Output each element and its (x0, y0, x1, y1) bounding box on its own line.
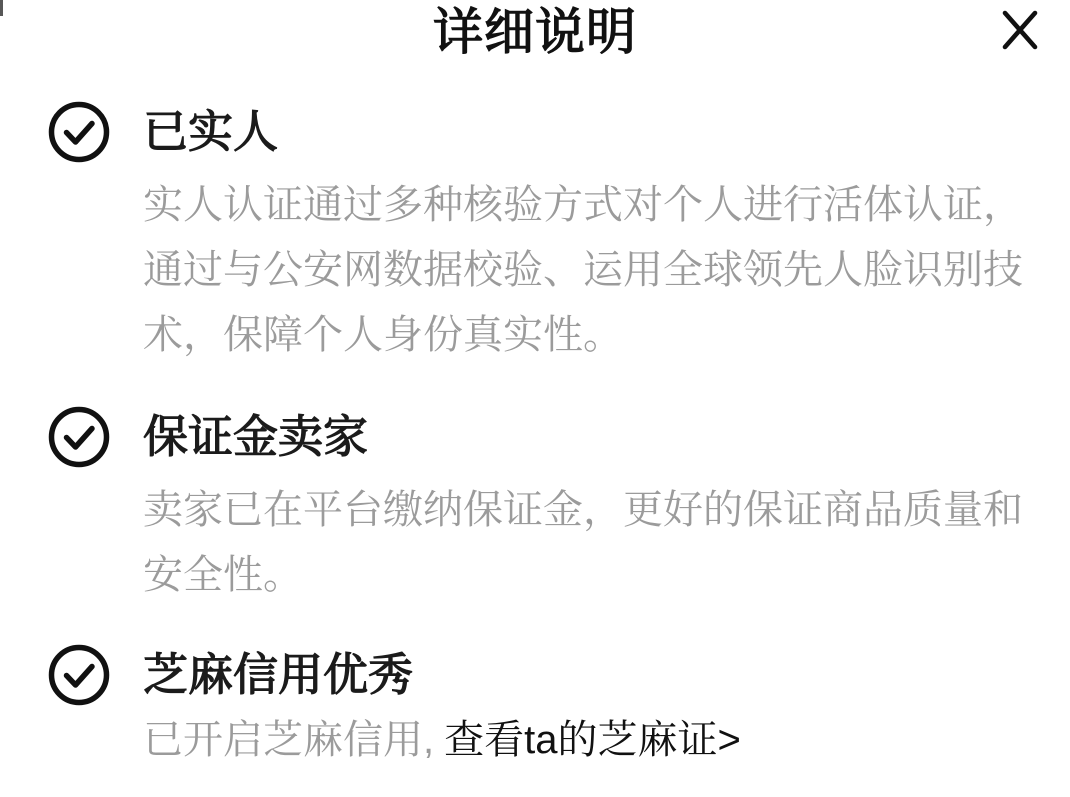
description-line: 通过与公安网数据校验、运用全球领先人脸识别技 (143, 238, 1036, 303)
dialog-title: 详细说明 (0, 6, 1070, 58)
zhima-description-line: 已开启芝麻信用,查看ta的芝麻证> (143, 708, 1036, 773)
section-title: 保证金卖家 (143, 406, 1036, 468)
close-button[interactable] (994, 4, 1046, 56)
section-description: 实人认证通过多种核验方式对个人进行活体认证， 通过与公安网数据校验、运用全球领先… (143, 173, 1036, 368)
section-zhima-credit: 芝麻信用优秀 已开启芝麻信用,查看ta的芝麻证> (48, 644, 1036, 773)
section-real-person-verified: 已实人 实人认证通过多种核验方式对个人进行活体认证， 通过与公安网数据校验、运用… (48, 101, 1036, 368)
section-title: 芝麻信用优秀 (143, 644, 1036, 706)
description-line: 实人认证通过多种核验方式对个人进行活体认证， (143, 173, 1036, 238)
section-title: 已实人 (143, 101, 1036, 163)
close-icon (998, 9, 1042, 51)
zhima-status-text: 已开启芝麻信用, (143, 718, 434, 762)
check-circle-icon (48, 406, 110, 468)
section-description: 卖家已在平台缴纳保证金，更好的保证商品质量和 安全性。 (143, 478, 1036, 608)
sections-list: 已实人 实人认证通过多种核验方式对个人进行活体认证， 通过与公安网数据校验、运用… (0, 101, 1070, 773)
section-content: 芝麻信用优秀 已开启芝麻信用,查看ta的芝麻证> (143, 644, 1036, 773)
dialog-header: 详细说明 (0, 0, 1070, 58)
check-circle-icon (48, 101, 110, 163)
section-content: 保证金卖家 卖家已在平台缴纳保证金，更好的保证商品质量和 安全性。 (143, 406, 1036, 608)
check-circle-icon (48, 644, 110, 706)
section-content: 已实人 实人认证通过多种核验方式对个人进行活体认证， 通过与公安网数据校验、运用… (143, 101, 1036, 368)
detail-info-dialog: 详细说明 已实人 实人认证通过多种核验方式对个人进行活体认证， 通过与公安网数据… (0, 0, 1070, 797)
description-line: 卖家已在平台缴纳保证金，更好的保证商品质量和 (143, 478, 1036, 543)
description-line: 安全性。 (143, 543, 1036, 608)
description-line: 术，保障个人身份真实性。 (143, 303, 1036, 368)
section-deposit-seller: 保证金卖家 卖家已在平台缴纳保证金，更好的保证商品质量和 安全性。 (48, 406, 1036, 608)
section-description: 已开启芝麻信用,查看ta的芝麻证> (143, 708, 1036, 773)
zhima-cert-link[interactable]: 查看ta的芝麻证> (444, 718, 741, 762)
